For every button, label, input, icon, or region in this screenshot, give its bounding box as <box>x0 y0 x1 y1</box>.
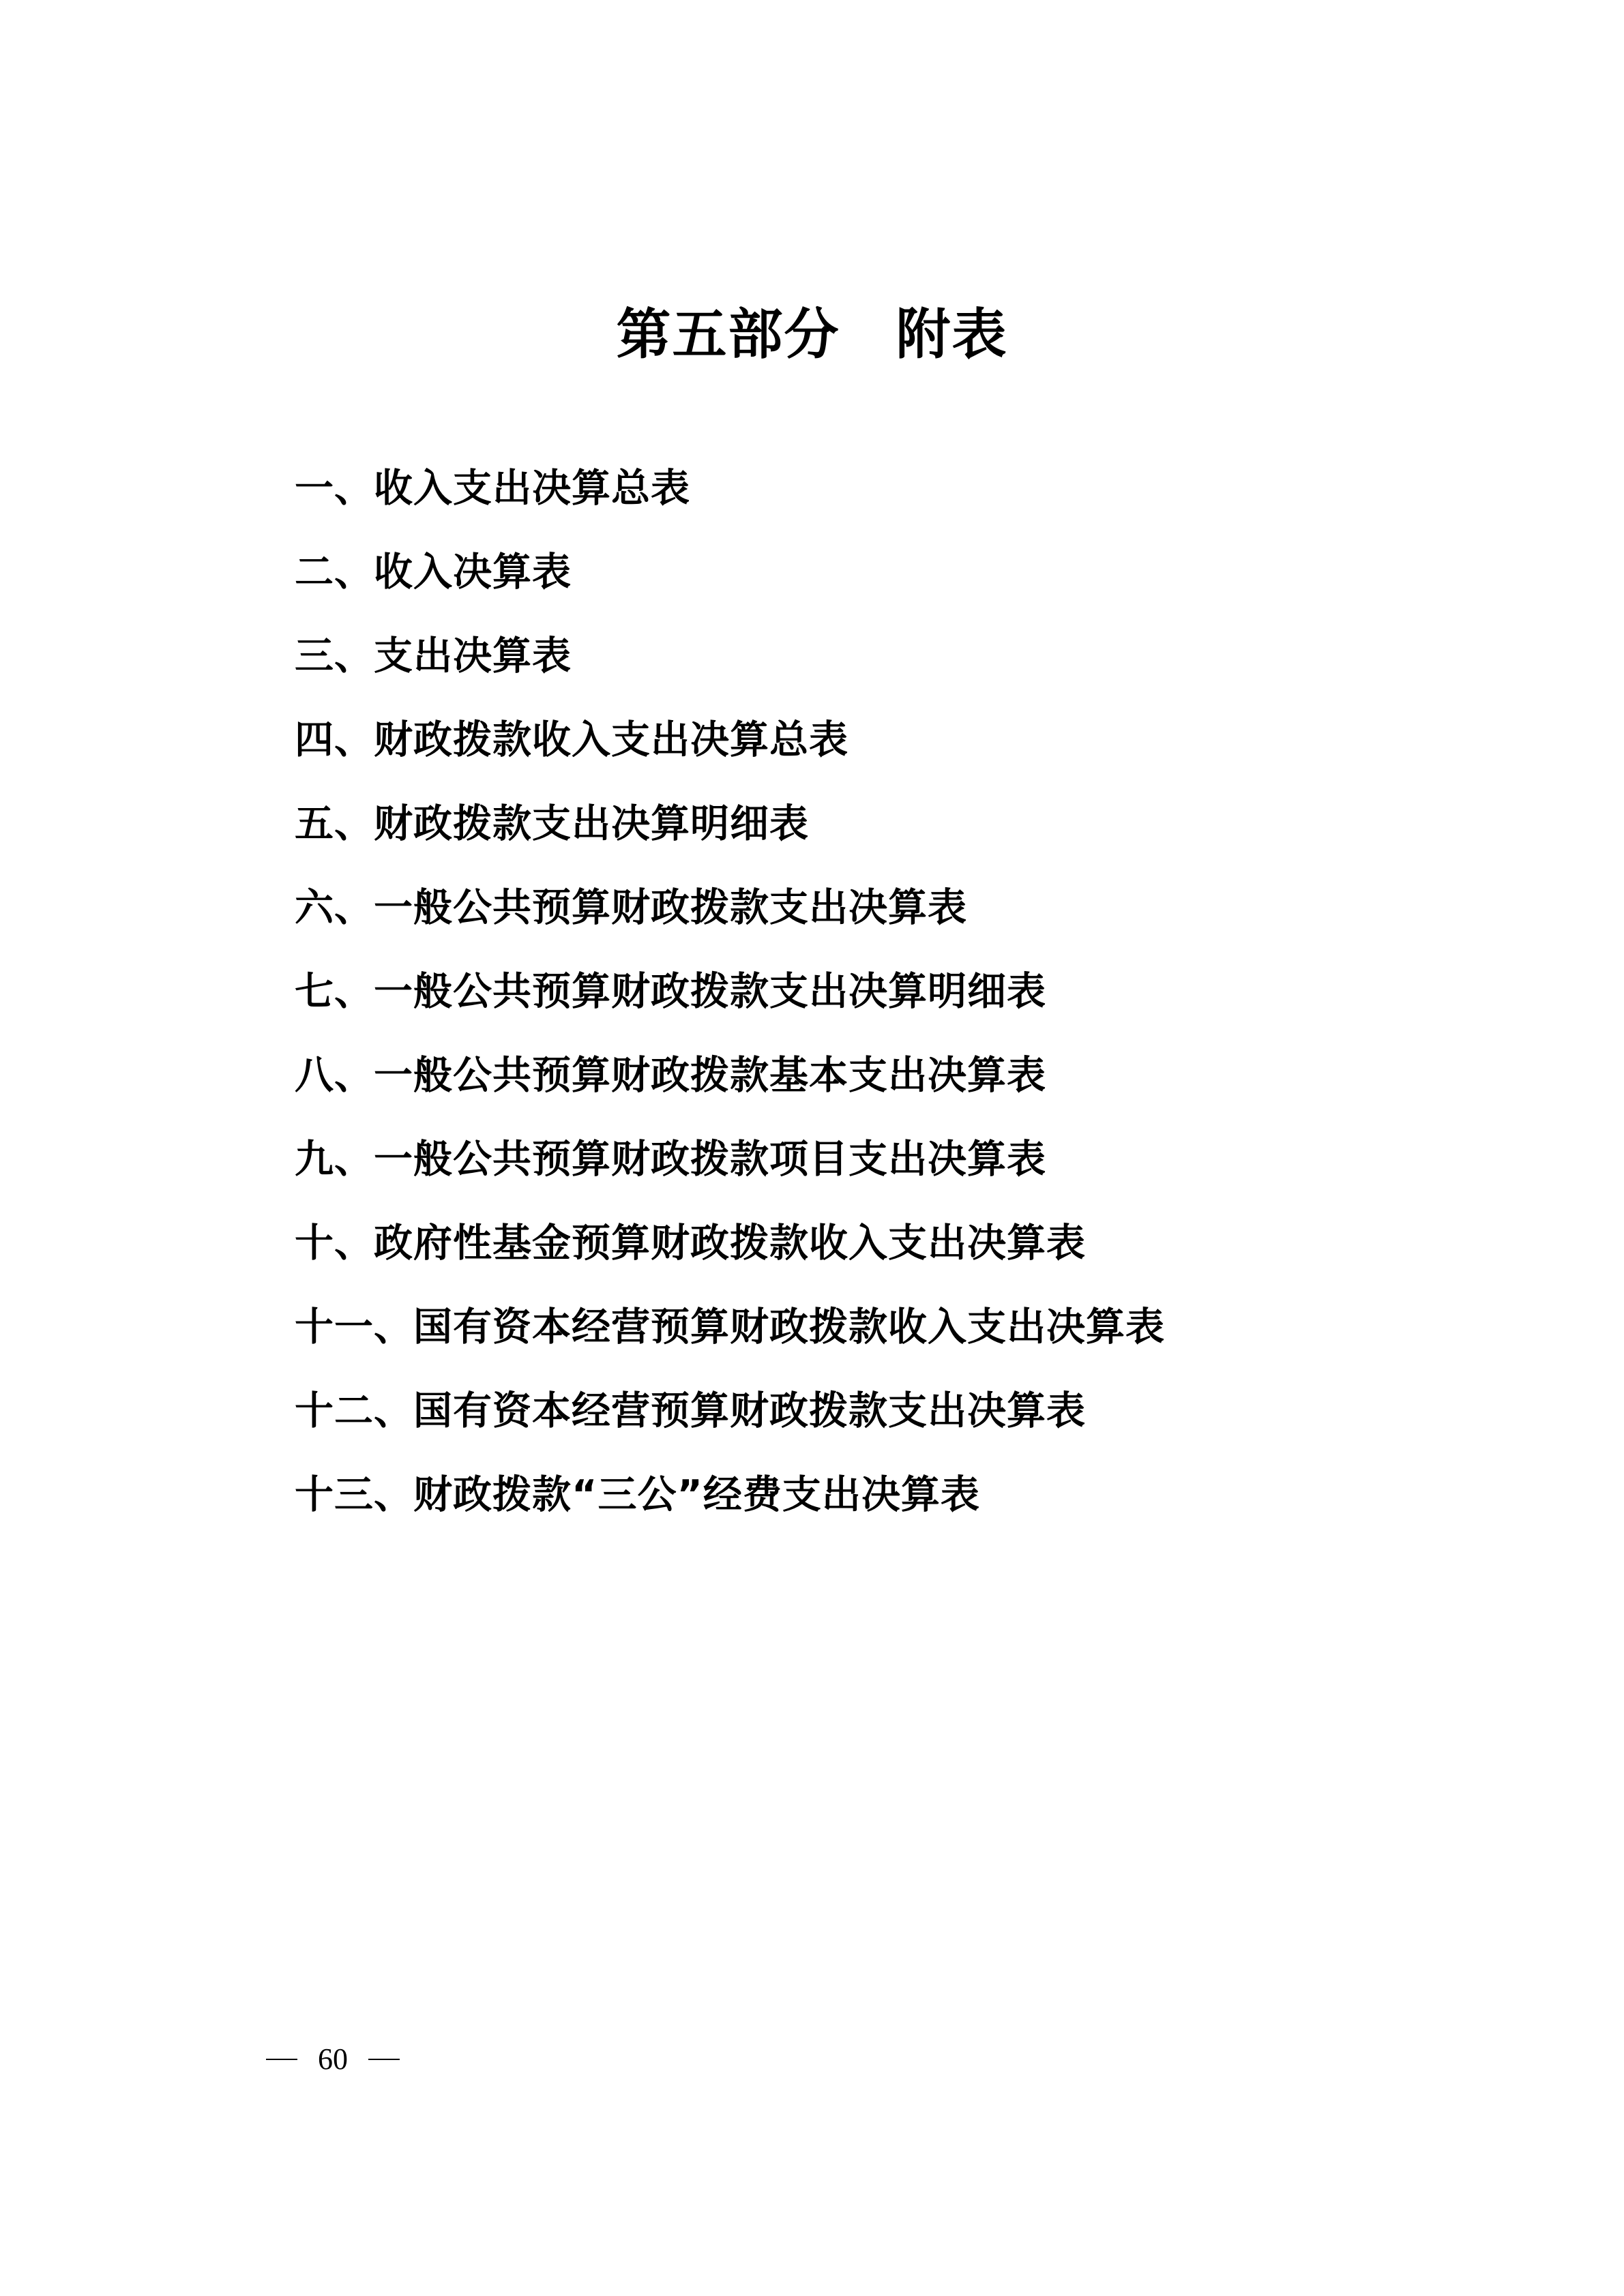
list-item: 四、财政拨款收入支出决算总表 <box>295 698 1165 782</box>
list-item: 六、一般公共预算财政拨款支出决算表 <box>295 866 1165 950</box>
list-item: 三、支出决算表 <box>295 614 1165 698</box>
page-footer: 60 <box>266 2039 400 2080</box>
list-item: 二、收入决算表 <box>295 531 1165 614</box>
page-title: 第五部分 附表 <box>0 300 1624 368</box>
list-item: 十二、国有资本经营预算财政拨款支出决算表 <box>295 1369 1165 1453</box>
list-item: 十三、财政拨款“三公”经费支出决算表 <box>295 1453 1165 1537</box>
list-item: 九、一般公共预算财政拨款项目支出决算表 <box>295 1118 1165 1202</box>
page-number: 60 <box>318 2039 348 2080</box>
list-item: 七、一般公共预算财政拨款支出决算明细表 <box>295 950 1165 1034</box>
list-item: 十、政府性基金预算财政拨款收入支出决算表 <box>295 1202 1165 1285</box>
appendix-table-list: 一、收入支出决算总表 二、收入决算表 三、支出决算表 四、财政拨款收入支出决算总… <box>295 447 1165 1537</box>
list-item: 五、财政拨款支出决算明细表 <box>295 782 1165 866</box>
list-item: 一、收入支出决算总表 <box>295 447 1165 531</box>
dash-left <box>266 2059 297 2060</box>
list-item: 十一、国有资本经营预算财政拨款收入支出决算表 <box>295 1285 1165 1369</box>
dash-right <box>368 2059 400 2060</box>
list-item: 八、一般公共预算财政拨款基本支出决算表 <box>295 1034 1165 1118</box>
